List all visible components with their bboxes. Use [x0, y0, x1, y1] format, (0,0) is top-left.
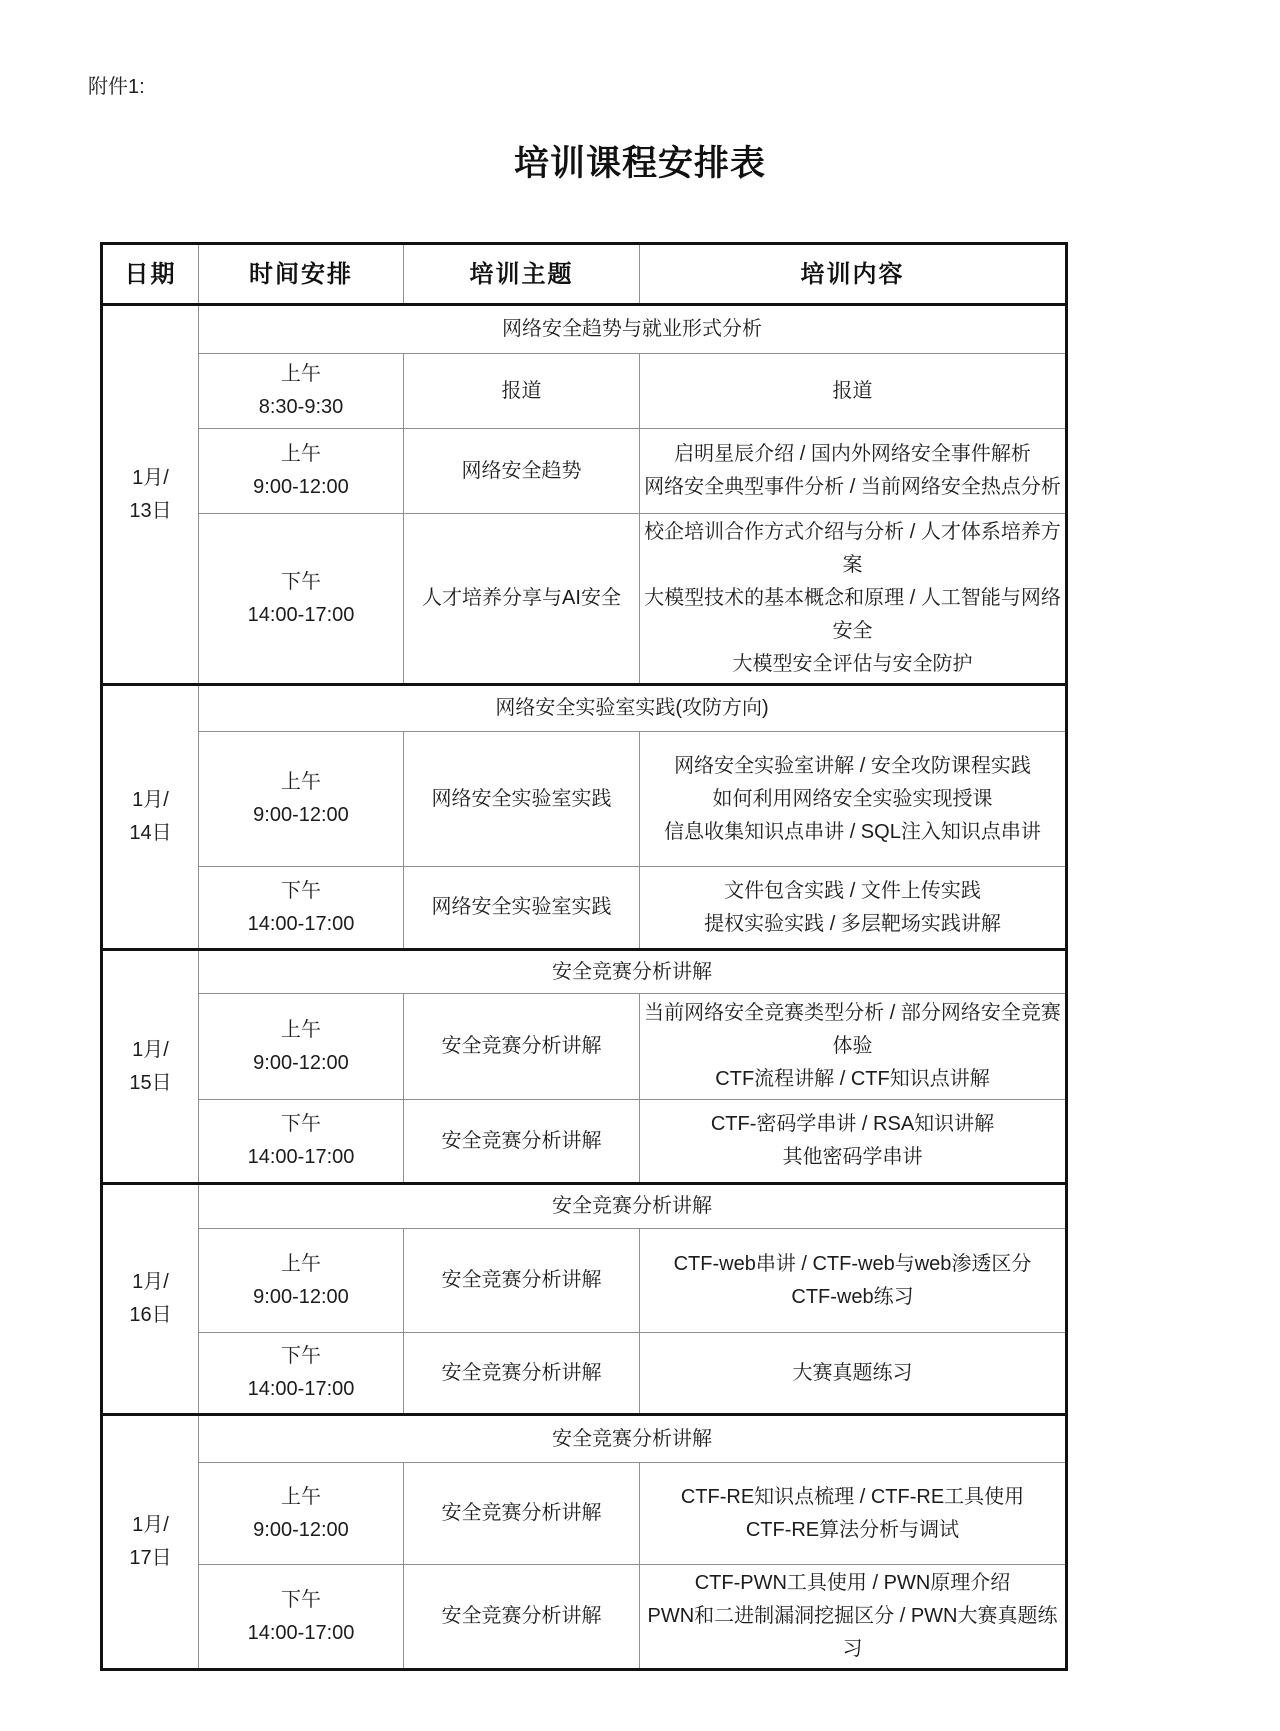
- session-row: 上午 9:00-12:00 网络安全实验室实践 网络安全实验室讲解 / 安全攻防…: [102, 732, 1067, 867]
- session-row: 下午 14:00-17:00 网络安全实验室实践 文件包含实践 / 文件上传实践…: [102, 867, 1067, 950]
- topic-cell: 安全竞赛分析讲解: [404, 1229, 640, 1333]
- document-page: 附件1: 培训课程安排表 日期 时间安排 培训主题 培训内容 1月/ 13日 网…: [0, 0, 1280, 1731]
- time-cell: 上午 9:00-12:00: [199, 732, 404, 867]
- date-cell: 1月/ 13日: [102, 305, 199, 685]
- topic-cell: 安全竞赛分析讲解: [404, 1100, 640, 1184]
- topic-cell: 安全竞赛分析讲解: [404, 1333, 640, 1415]
- content-cell: CTF-RE知识点梳理 / CTF-RE工具使用 CTF-RE算法分析与调试: [640, 1463, 1067, 1565]
- topic-cell: 安全竞赛分析讲解: [404, 1565, 640, 1670]
- attachment-label: 附件1:: [88, 70, 145, 99]
- overview-cell: 安全竞赛分析讲解: [199, 1184, 1067, 1229]
- session-row: 下午 14:00-17:00 安全竞赛分析讲解 CTF-密码学串讲 / RSA知…: [102, 1100, 1067, 1184]
- topic-cell: 网络安全趋势: [404, 429, 640, 514]
- time-cell: 上午 8:30-9:30: [199, 354, 404, 429]
- topic-cell: 人才培养分享与AI安全: [404, 514, 640, 685]
- topic-cell: 网络安全实验室实践: [404, 732, 640, 867]
- session-row: 下午 14:00-17:00 安全竞赛分析讲解 CTF-PWN工具使用 / PW…: [102, 1565, 1067, 1670]
- overview-cell: 安全竞赛分析讲解: [199, 1415, 1067, 1463]
- topic-cell: 报道: [404, 354, 640, 429]
- header-cell-topic: 培训主题: [404, 244, 640, 305]
- content-cell: 当前网络安全竞赛类型分析 / 部分网络安全竞赛体验 CTF流程讲解 / CTF知…: [640, 994, 1067, 1100]
- day-overview-row: 1月/ 16日 安全竞赛分析讲解: [102, 1184, 1067, 1229]
- time-cell: 下午 14:00-17:00: [199, 514, 404, 685]
- header-cell-date: 日期: [102, 244, 199, 305]
- header-cell-time: 时间安排: [199, 244, 404, 305]
- time-cell: 上午 9:00-12:00: [199, 1229, 404, 1333]
- day-overview-row: 1月/ 15日 安全竞赛分析讲解: [102, 950, 1067, 994]
- day-overview-row: 1月/ 14日 网络安全实验室实践(攻防方向): [102, 685, 1067, 732]
- content-cell: 校企培训合作方式介绍与分析 / 人才体系培养方案 大模型技术的基本概念和原理 /…: [640, 514, 1067, 685]
- topic-cell: 安全竞赛分析讲解: [404, 994, 640, 1100]
- date-cell: 1月/ 14日: [102, 685, 199, 950]
- day-overview-row: 1月/ 17日 安全竞赛分析讲解: [102, 1415, 1067, 1463]
- time-cell: 下午 14:00-17:00: [199, 1565, 404, 1670]
- overview-cell: 网络安全趋势与就业形式分析: [199, 305, 1067, 354]
- content-cell: CTF-PWN工具使用 / PWN原理介绍 PWN和二进制漏洞挖掘区分 / PW…: [640, 1565, 1067, 1670]
- topic-cell: 安全竞赛分析讲解: [404, 1463, 640, 1565]
- topic-cell: 网络安全实验室实践: [404, 867, 640, 950]
- session-row: 上午 9:00-12:00 安全竞赛分析讲解 当前网络安全竞赛类型分析 / 部分…: [102, 994, 1067, 1100]
- date-cell: 1月/ 15日: [102, 950, 199, 1184]
- content-cell: CTF-web串讲 / CTF-web与web渗透区分 CTF-web练习: [640, 1229, 1067, 1333]
- schedule-table-container: 日期 时间安排 培训主题 培训内容 1月/ 13日 网络安全趋势与就业形式分析 …: [100, 242, 1068, 1671]
- time-cell: 上午 9:00-12:00: [199, 994, 404, 1100]
- time-cell: 下午 14:00-17:00: [199, 1100, 404, 1184]
- session-row: 下午 14:00-17:00 人才培养分享与AI安全 校企培训合作方式介绍与分析…: [102, 514, 1067, 685]
- training-schedule-table: 日期 时间安排 培训主题 培训内容 1月/ 13日 网络安全趋势与就业形式分析 …: [100, 242, 1068, 1671]
- session-row: 上午 9:00-12:00 网络安全趋势 启明星辰介绍 / 国内外网络安全事件解…: [102, 429, 1067, 514]
- overview-cell: 网络安全实验室实践(攻防方向): [199, 685, 1067, 732]
- time-cell: 下午 14:00-17:00: [199, 1333, 404, 1415]
- content-cell: CTF-密码学串讲 / RSA知识讲解 其他密码学串讲: [640, 1100, 1067, 1184]
- session-row: 上午 9:00-12:00 安全竞赛分析讲解 CTF-RE知识点梳理 / CTF…: [102, 1463, 1067, 1565]
- header-cell-content: 培训内容: [640, 244, 1067, 305]
- table-header-row: 日期 时间安排 培训主题 培训内容: [102, 244, 1067, 305]
- date-cell: 1月/ 16日: [102, 1184, 199, 1415]
- time-cell: 下午 14:00-17:00: [199, 867, 404, 950]
- content-cell: 启明星辰介绍 / 国内外网络安全事件解析 网络安全典型事件分析 / 当前网络安全…: [640, 429, 1067, 514]
- page-title: 培训课程安排表: [0, 136, 1280, 186]
- session-row: 上午 8:30-9:30 报道 报道: [102, 354, 1067, 429]
- content-cell: 网络安全实验室讲解 / 安全攻防课程实践 如何利用网络安全实验实现授课 信息收集…: [640, 732, 1067, 867]
- time-cell: 上午 9:00-12:00: [199, 429, 404, 514]
- session-row: 下午 14:00-17:00 安全竞赛分析讲解 大赛真题练习: [102, 1333, 1067, 1415]
- date-cell: 1月/ 17日: [102, 1415, 199, 1670]
- content-cell: 报道: [640, 354, 1067, 429]
- session-row: 上午 9:00-12:00 安全竞赛分析讲解 CTF-web串讲 / CTF-w…: [102, 1229, 1067, 1333]
- content-cell: 大赛真题练习: [640, 1333, 1067, 1415]
- day-overview-row: 1月/ 13日 网络安全趋势与就业形式分析: [102, 305, 1067, 354]
- content-cell: 文件包含实践 / 文件上传实践 提权实验实践 / 多层靶场实践讲解: [640, 867, 1067, 950]
- time-cell: 上午 9:00-12:00: [199, 1463, 404, 1565]
- overview-cell: 安全竞赛分析讲解: [199, 950, 1067, 994]
